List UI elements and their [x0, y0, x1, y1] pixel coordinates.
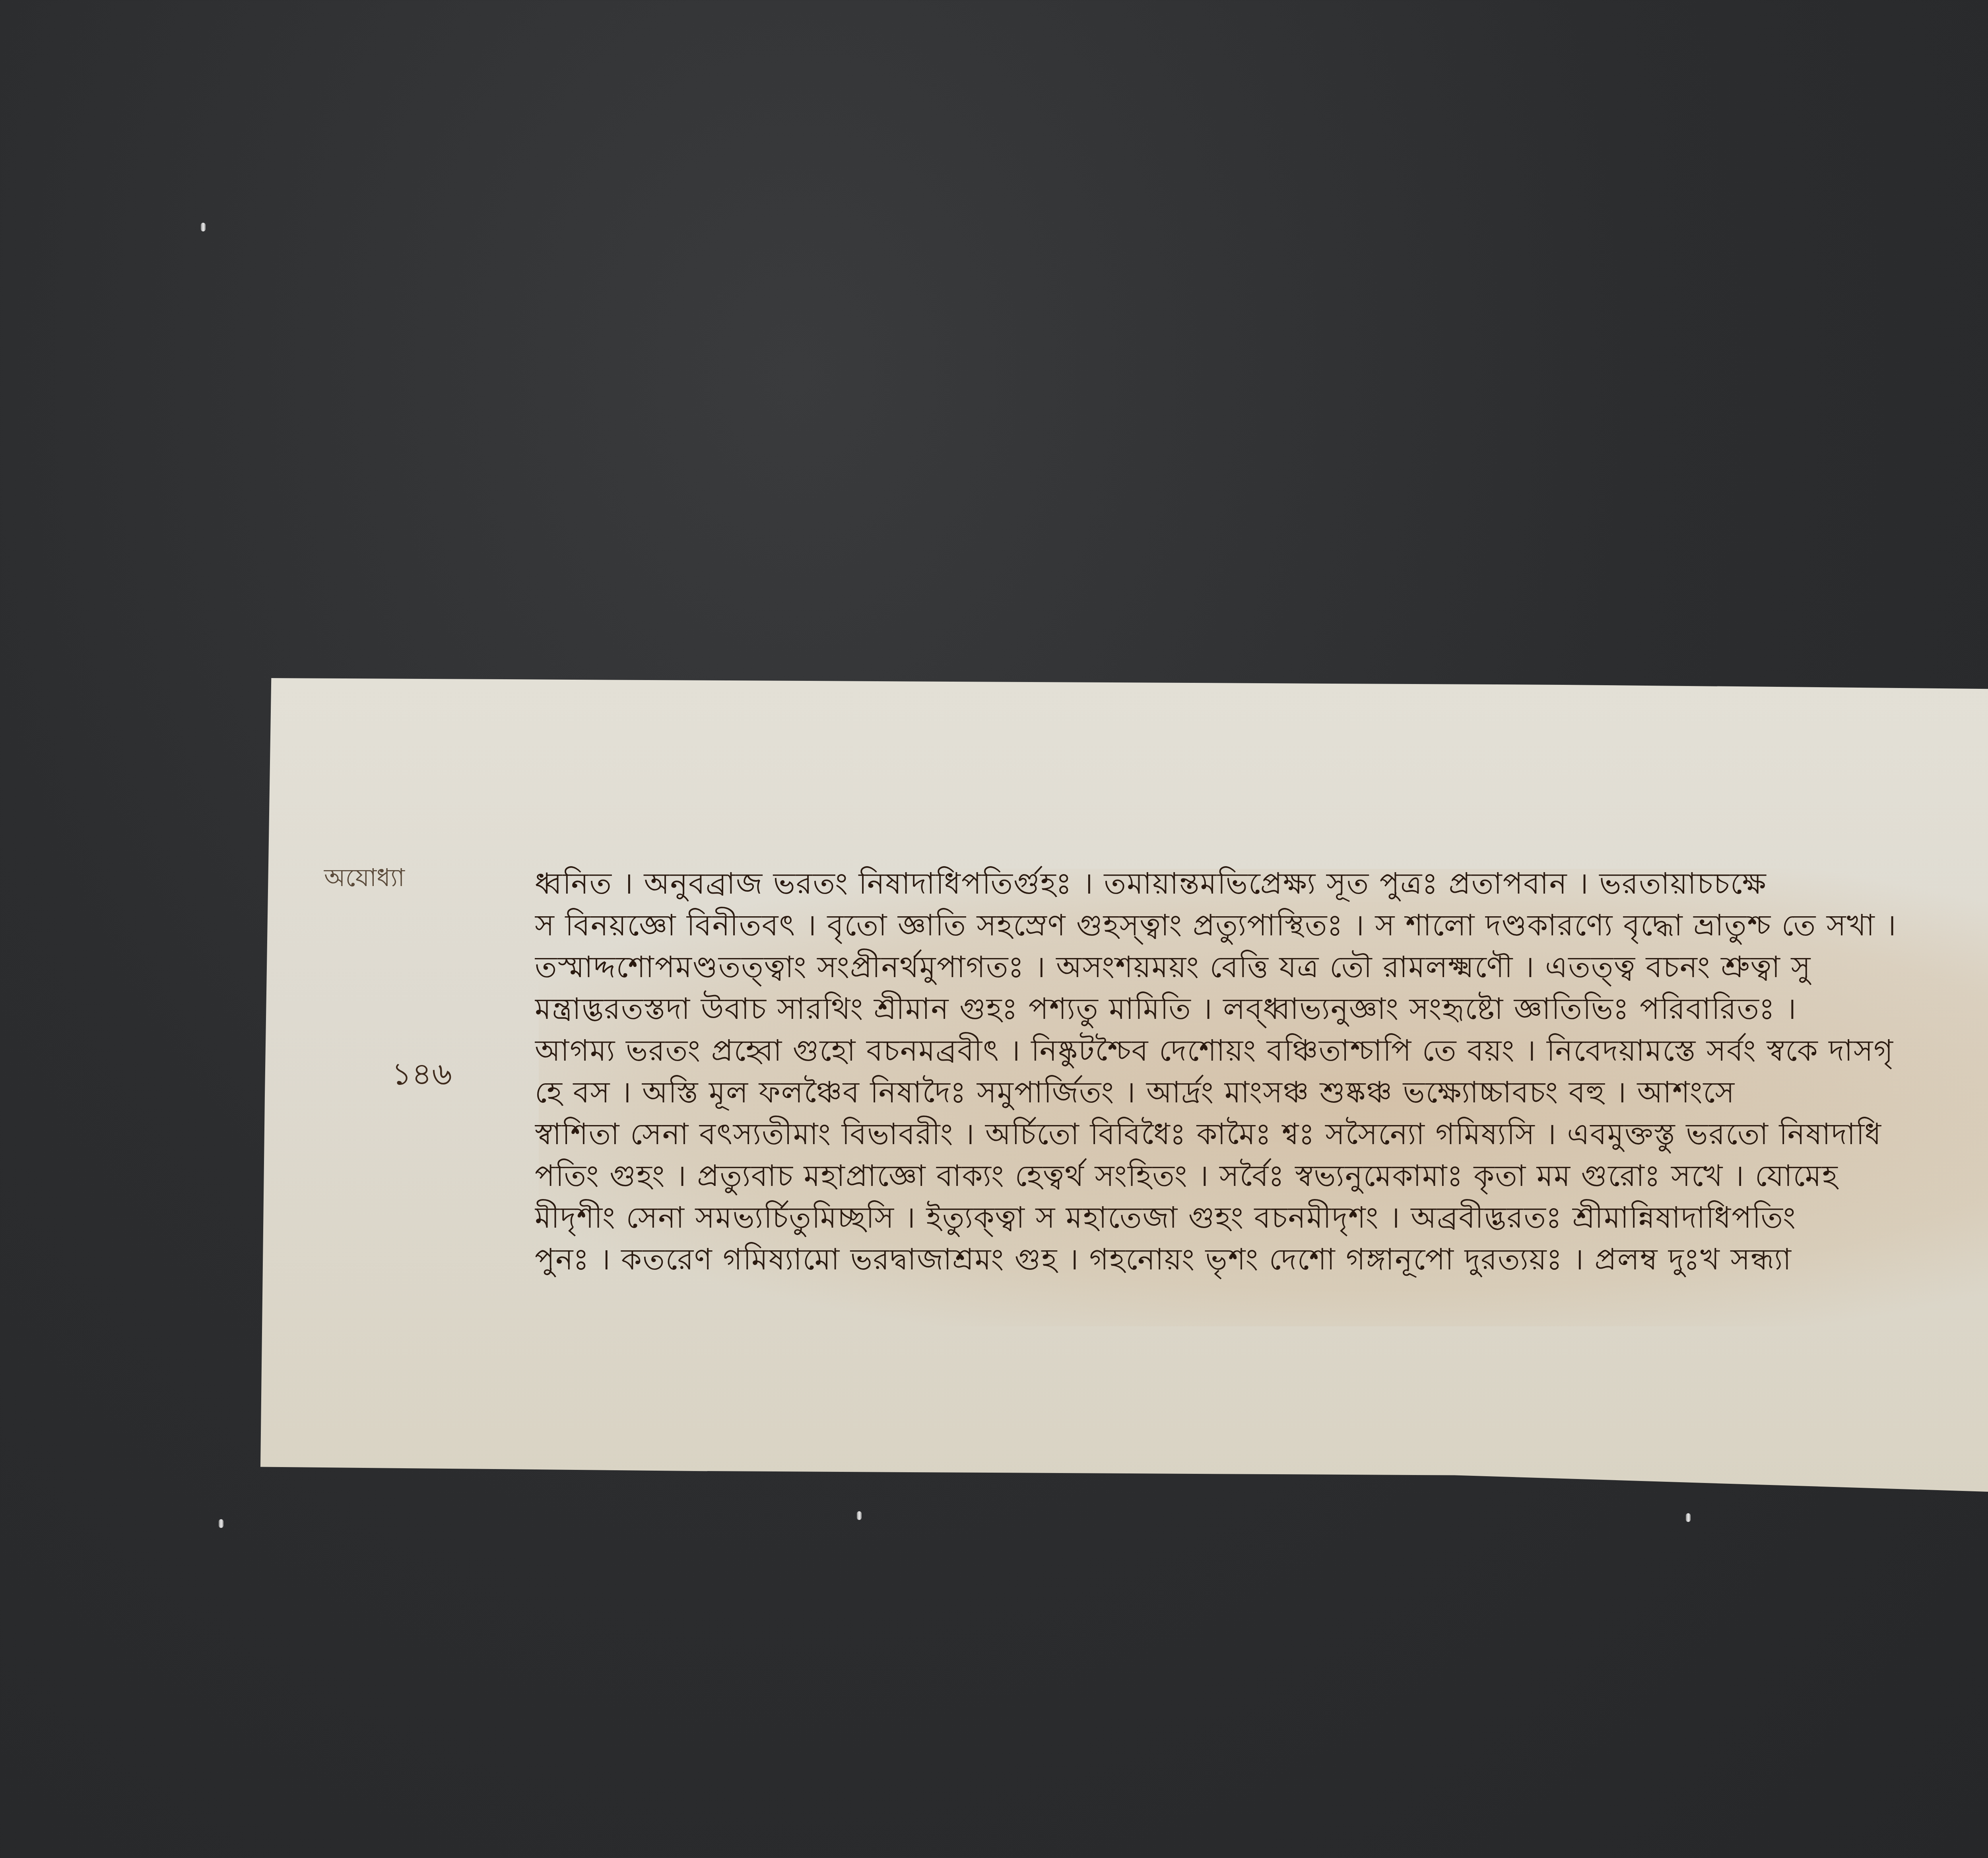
mounting-pin — [201, 223, 206, 231]
manuscript-text: ধ্বনিত । অনুবব্রাজ ভরতং নিষাদাধিপতির্গুহ… — [535, 863, 1988, 1281]
mounting-pin — [1686, 1513, 1691, 1522]
text-line: ধ্বনিত । অনুবব্রাজ ভরতং নিষাদাধিপতির্গুহ… — [535, 863, 1988, 905]
text-line: মীদৃশীং সেনা সমভ্যর্চিতুমিচ্ছসি । ইত্যুক… — [535, 1197, 1988, 1239]
text-line: তস্মাদ্দশোপমণ্ডতত্ত্বাং সংপ্রীনর্থমুপাগত… — [535, 946, 1988, 988]
text-line: স বিনয়জ্ঞো বিনীতবৎ । বৃতো জ্ঞাতি সহস্রে… — [535, 905, 1988, 946]
text-line: পুনঃ । কতরেণ গমিষ্যামো ভরদ্বাজাশ্রমং গুহ… — [535, 1239, 1988, 1281]
mounting-pin — [219, 1519, 223, 1528]
mounting-pin — [857, 1511, 862, 1520]
folio-number-left: ১৪৬ — [392, 1050, 452, 1102]
text-line: মন্ত্রাদ্ভরতস্তদা উবাচ সারথিং শ্রীমান গু… — [535, 988, 1988, 1030]
text-line: পতিং গুহং । প্রত্যুবাচ মহাপ্রাজ্ঞো বাক্য… — [535, 1155, 1988, 1197]
text-line: আগম্য ভরতং প্রহ্বো গুহো বচনমব্রবীৎ । নিষ… — [535, 1030, 1988, 1072]
margin-title: অযোধ্যা — [324, 859, 405, 900]
text-line: স্বাশিতা সেনা বৎস্যতীমাং বিভাবরীং । অর্চ… — [535, 1114, 1988, 1155]
text-line: হে বস । অস্তি মূল ফলঞ্চৈব নিষাদৈঃ সমুপার… — [535, 1072, 1988, 1114]
manuscript-folio: অযোধ্যা ১৪৬ ২৮ ধ্বনিত । অনুবব্রাজ ভরতং ন… — [260, 678, 1988, 1517]
